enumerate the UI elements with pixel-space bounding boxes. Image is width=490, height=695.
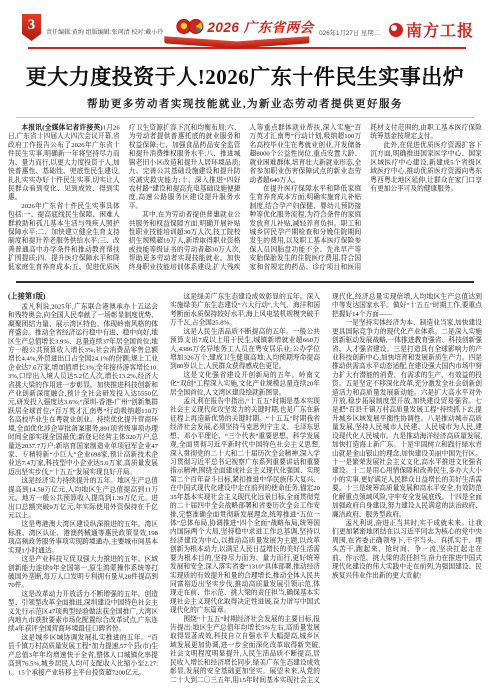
paragraph: 这是产业科技互促双强大力推进的五年。区域创新能力连续9年全国第一,原生鸿蒙操作系… — [8, 554, 158, 589]
ribbon-icon — [164, 39, 309, 48]
two-sessions-banner: 2026 广东省两会 — [170, 12, 319, 39]
subheadline: 帮助更多劳动者实现技能就业,为新业态劳动者提供更好服务 — [0, 96, 490, 111]
headline: 更大力度投资于人!2026广东十件民生实事出炉 — [8, 65, 482, 90]
paragraph: 这是人民生活品质不断提高的五年。一般公共预算支出7成以上用于民生,城镇新增就业超… — [170, 327, 320, 371]
paragraph: 这是文化强省建设开创新局的五年。岭南文化“双创”工程深入实施,文化产业规模总量连… — [170, 370, 320, 396]
continued-article: (上接第1版) 孟凡利说,2025年,广东联合港澳承办十五运会和残特奥会,向全国… — [8, 292, 482, 692]
paragraph: 这是改革动力开放活力不断增强的五年。创造型、引领型改革全面推进,深圳建设中国特色… — [8, 589, 158, 633]
newspaper-page: 3 责任编辑:黄绚 组版编辑:张珂清 校对:戴小玲 2026 广东省两会 202… — [0, 0, 490, 695]
paragraph: 这是城乡区域协调发展扎实推进的五年。“百县千镇万村高质量发展工程”加力提速,57… — [8, 633, 158, 677]
lead-paragraph: 本报讯(全媒体记者许接英)1月26日,广东省十四届人大四次会议开幕,省政府工作报… — [8, 123, 120, 201]
editors-line: 责任编辑:黄绚 组版编辑:张珂清 校对:戴小玲 — [46, 28, 163, 37]
cppcc-emblem-icon — [188, 19, 203, 34]
issue-date: 2026年1月27日 星期二 — [316, 29, 380, 38]
lead-article-columns: 本报讯(全媒体记者许接英)1月26日,广东省十四届人大四次会议开幕,省政府工作报… — [8, 123, 482, 275]
paragraph: 此外,在促进优质医疗资源扩容下沉方面,明确推进国家医学中心、国家区域医疗中心建设… — [370, 141, 482, 193]
page-number: 3 — [28, 17, 36, 33]
masthead-icon — [389, 23, 403, 37]
lead-paragraph-text: 1月26日,广东省十四届人大四次会议开幕,省政府工作报告公布了2026年广东省十… — [8, 124, 120, 201]
paragraph: 一是坚持实体经济为本、制造业当家,加快建设更具国际竞争力的现代化产业体系。二是深… — [332, 318, 482, 518]
jump-label: (上接第1版) — [8, 292, 158, 301]
paragraph: 孟凡利说,奋进正当其时,实干成就未来。让我们更加紧密地团结在以习近平同志为核心的… — [332, 518, 482, 579]
page-number-badge: 3 — [22, 14, 41, 41]
masthead-logo: 南方工报 — [385, 18, 474, 41]
masthead-name: 南方工报 — [406, 18, 474, 41]
section-divider — [16, 281, 474, 283]
headline-divider — [16, 117, 474, 118]
paragraph: 这是绿美广东生态建设成效彰显的五年。深入实施绿美广东生态建设“六大行动”,大气、… — [170, 292, 320, 327]
paragraph: 这是经济实力持续提升的五年。地区生产总值提高到14.58万亿元,人均地区生产总值… — [8, 476, 158, 520]
continued-article-columns: (上接第1版) 孟凡利说,2025年,广东联合港澳承办十五运会和残特奥会,向全国… — [8, 292, 482, 692]
paragraph: 这是粤港澳大湾区建设纵深推进的五年。湾区标准、湾区认证、港澳药械通等惠民政策显效… — [8, 520, 158, 555]
paragraph: 孟凡利说,2025年,广东联合港澳承办十五运会和残特奥会,向全国人民奉献了一场彰… — [8, 302, 158, 476]
page-header: 3 责任编辑:黄绚 组版编辑:张珂清 校对:戴小玲 2026 广东省两会 202… — [14, 12, 476, 52]
paragraph: 孟凡利在报告中指出,“十五五”时期是基本实现社会主义现代化攻坚发力的关键时期,也… — [170, 396, 320, 614]
lead-article: 本报讯(全媒体记者许接英)1月26日,广东省十四届人大四次会议开幕,省政府工作报… — [8, 123, 482, 275]
banner-title: 2026 广东省两会 — [207, 16, 313, 36]
dateline: 本报讯(全媒体记者许接英) — [21, 124, 102, 132]
